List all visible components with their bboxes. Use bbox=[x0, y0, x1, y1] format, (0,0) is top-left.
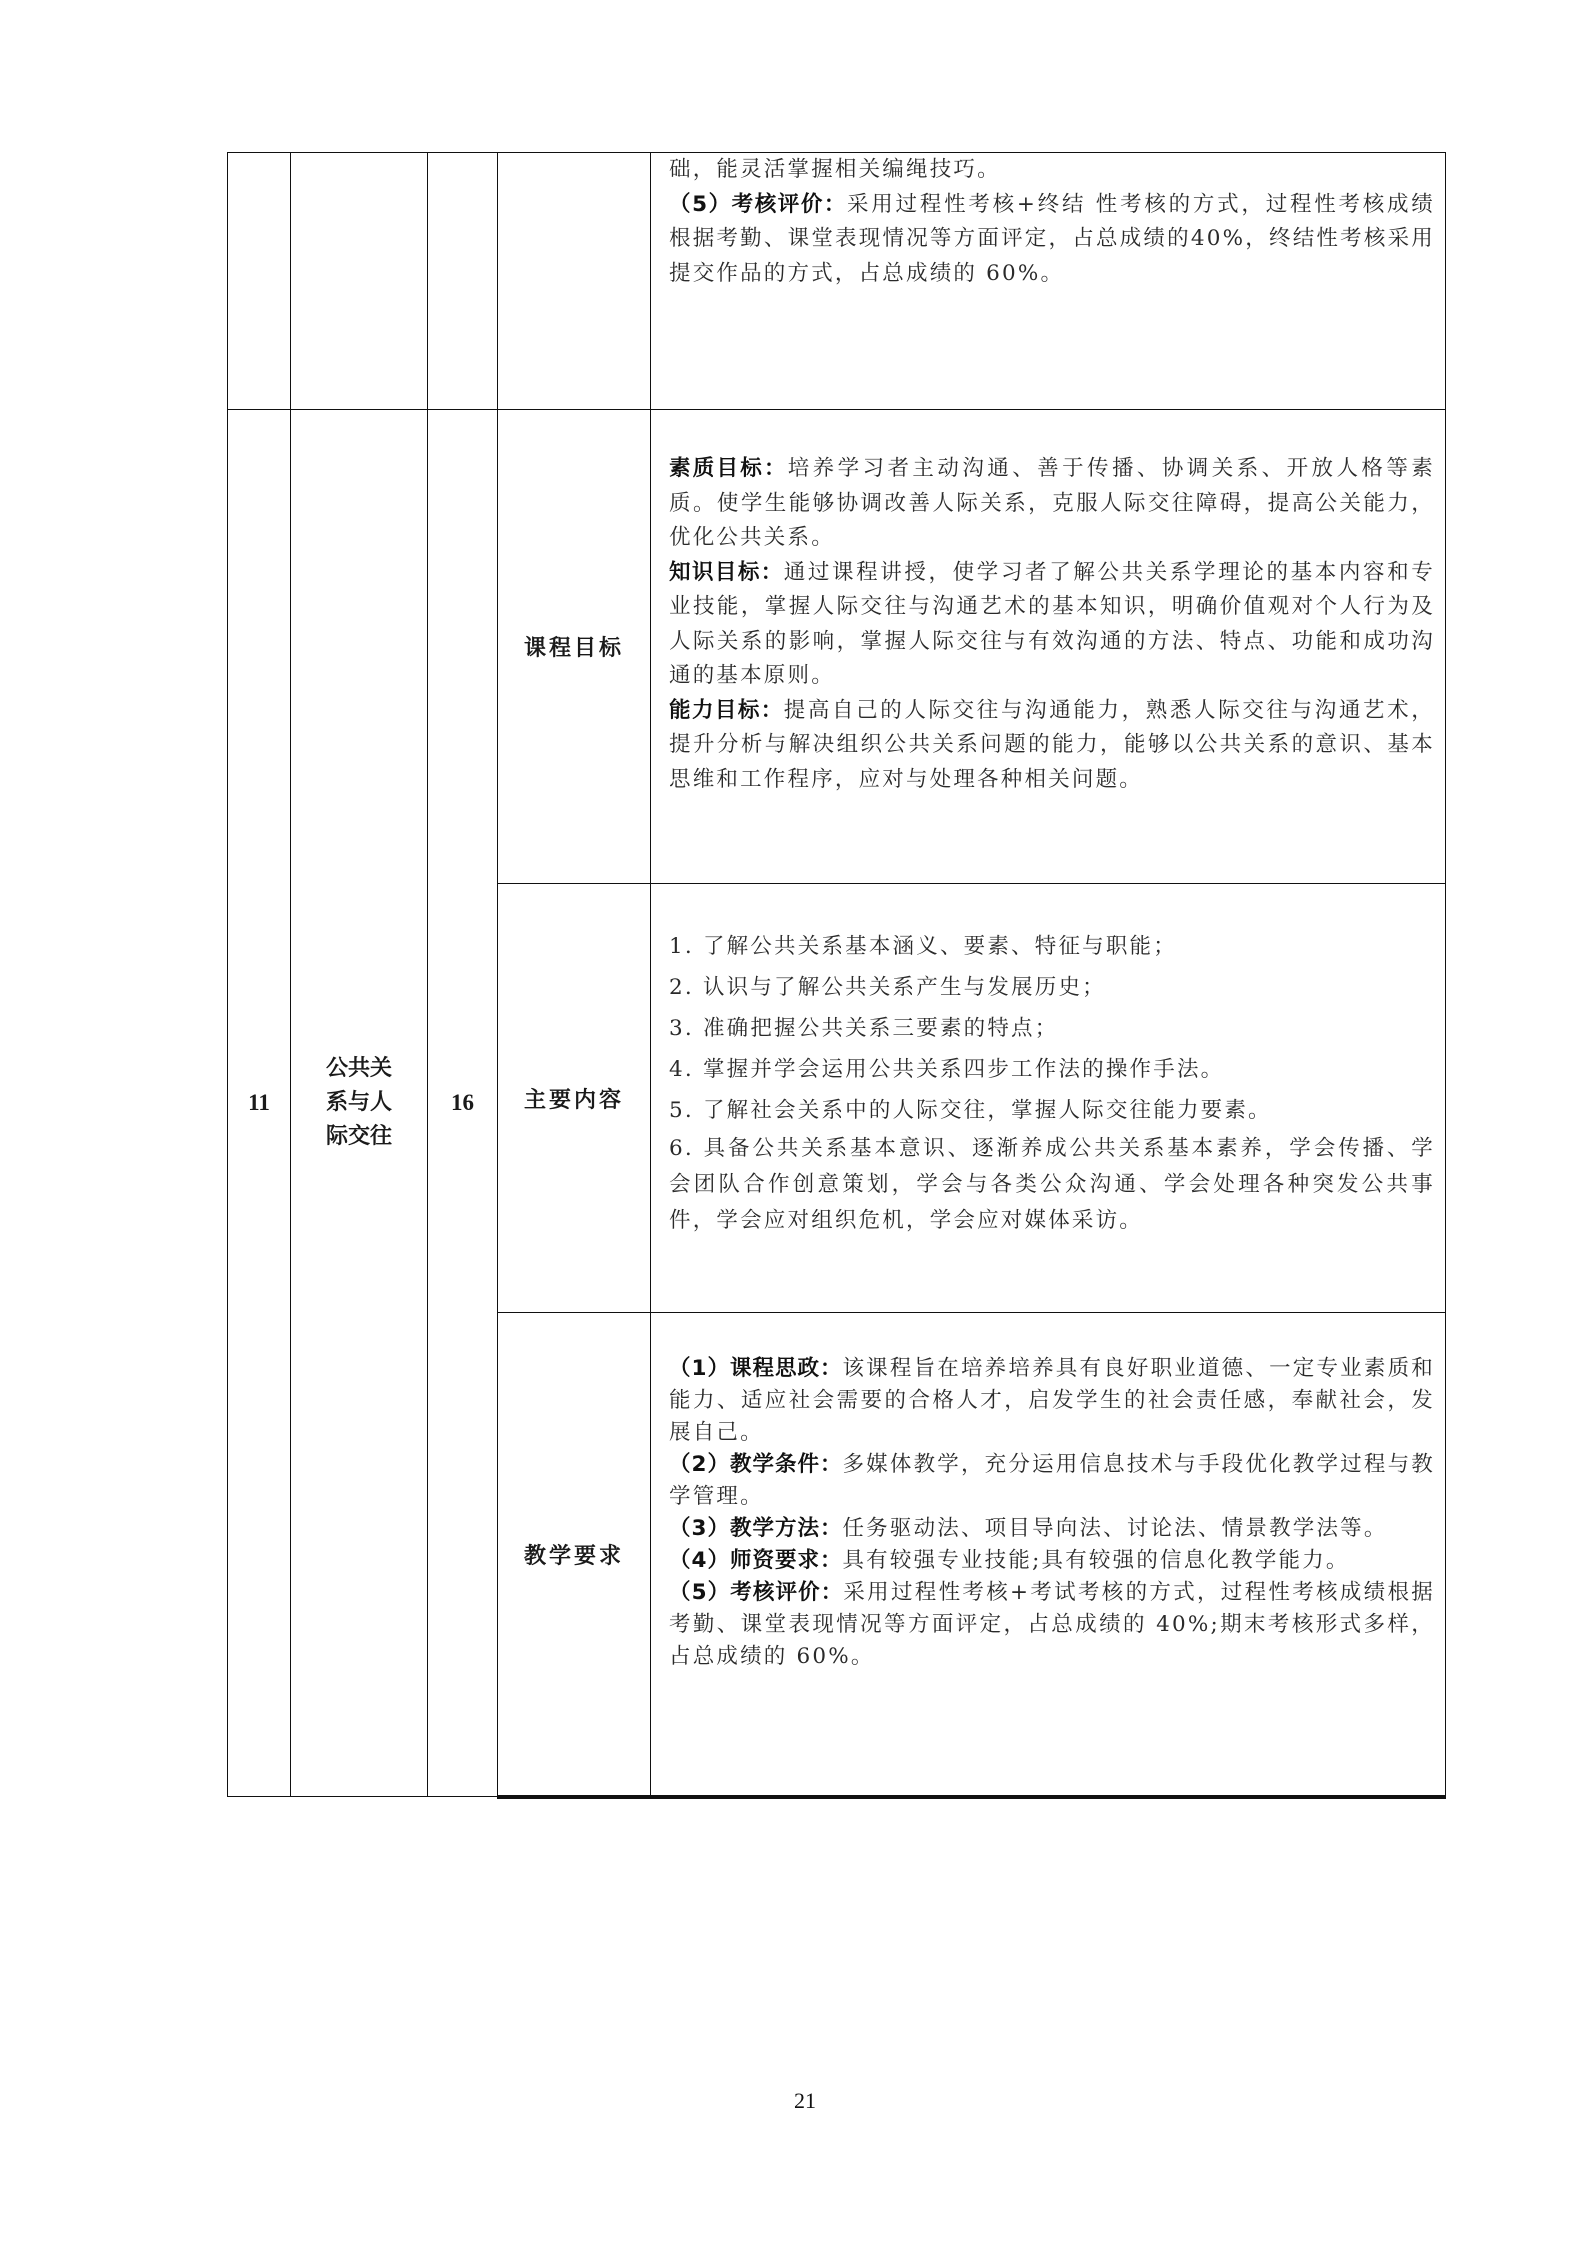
section-content-requirements: （1）课程思政：该课程旨在培养培养具有良好职业道德、一定专业素质和能力、适应社会… bbox=[650, 1312, 1446, 1797]
continued-hours-cell bbox=[427, 152, 498, 410]
continued-name-cell bbox=[290, 152, 428, 410]
course-hours: 16 bbox=[451, 1090, 474, 1116]
course-table: 础，能灵活掌握相关编绳技巧。 （5）考核评价：采用过程性考核+终结 性考核的方式… bbox=[227, 152, 1446, 1797]
section-label-content: 主要内容 bbox=[497, 883, 651, 1313]
continued-label-cell bbox=[497, 152, 651, 410]
section-content-goals: 素质目标：培养学习者主动沟通、善于传播、协调关系、开放人格等素质。使学生能够协调… bbox=[650, 409, 1446, 884]
content-item-4: 4. 掌握并学会运用公共关系四步工作法的操作手法。 bbox=[669, 1049, 1435, 1090]
continued-index-cell bbox=[227, 152, 291, 410]
req-teachers: （4）师资要求：具有较强专业技能;具有较强的信息化教学能力。 bbox=[669, 1545, 1435, 1577]
goal-knowledge: 知识目标：通过课程讲授，使学习者了解公共关系学理论的基本内容和专业技能，掌握人际… bbox=[669, 556, 1435, 694]
course-hours-cell: 16 bbox=[427, 409, 498, 1797]
req-assessment: （5）考核评价：采用过程性考核+考试考核的方式，过程性考核成绩根据考勤、课堂表现… bbox=[669, 1577, 1435, 1673]
continued-line-1: 础，能灵活掌握相关编绳技巧。 bbox=[669, 153, 1435, 188]
continued-line-2: （5）考核评价：采用过程性考核+终结 性考核的方式，过程性考核成绩根据考勤、课堂… bbox=[669, 188, 1435, 292]
document-page: 础，能灵活掌握相关编绳技巧。 （5）考核评价：采用过程性考核+终结 性考核的方式… bbox=[0, 0, 1587, 2245]
content-item-5: 5. 了解社会关系中的人际交往，掌握人际交往能力要素。 bbox=[669, 1090, 1435, 1131]
course-name-cell: 公共关 系与人 际交往 bbox=[290, 409, 428, 1797]
section-label-goals: 课程目标 bbox=[497, 409, 651, 884]
section-label-requirements: 教学要求 bbox=[497, 1312, 651, 1797]
content-item-6: 6. 具备公共关系基本意识、逐渐养成公共关系基本素养，学会传播、学会团队合作创意… bbox=[669, 1131, 1435, 1239]
goal-quality: 素质目标：培养学习者主动沟通、善于传播、协调关系、开放人格等素质。使学生能够协调… bbox=[669, 452, 1435, 556]
continued-content-cell: 础，能灵活掌握相关编绳技巧。 （5）考核评价：采用过程性考核+终结 性考核的方式… bbox=[650, 152, 1446, 410]
course-index-cell: 11 bbox=[227, 409, 291, 1797]
req-ideology: （1）课程思政：该课程旨在培养培养具有良好职业道德、一定专业素质和能力、适应社会… bbox=[669, 1353, 1435, 1449]
course-index: 11 bbox=[248, 1090, 270, 1116]
req-methods: （3）教学方法：任务驱动法、项目导向法、讨论法、情景教学法等。 bbox=[669, 1513, 1435, 1545]
table-bottom-rule bbox=[497, 1795, 1446, 1799]
content-item-2: 2. 认识与了解公共关系产生与发展历史； bbox=[669, 967, 1435, 1008]
page-number: 21 bbox=[780, 2088, 830, 2114]
req-conditions: （2）教学条件：多媒体教学，充分运用信息技术与手段优化教学过程与教学管理。 bbox=[669, 1449, 1435, 1513]
content-item-1: 1. 了解公共关系基本涵义、要素、特征与职能； bbox=[669, 926, 1435, 967]
content-item-3: 3. 准确把握公共关系三要素的特点； bbox=[669, 1008, 1435, 1049]
goal-ability: 能力目标：提高自己的人际交往与沟通能力，熟悉人际交往与沟通艺术，提升分析与解决组… bbox=[669, 694, 1435, 798]
section-content-main: 1. 了解公共关系基本涵义、要素、特征与职能； 2. 认识与了解公共关系产生与发… bbox=[650, 883, 1446, 1313]
course-name: 公共关 系与人 际交往 bbox=[314, 1052, 404, 1154]
